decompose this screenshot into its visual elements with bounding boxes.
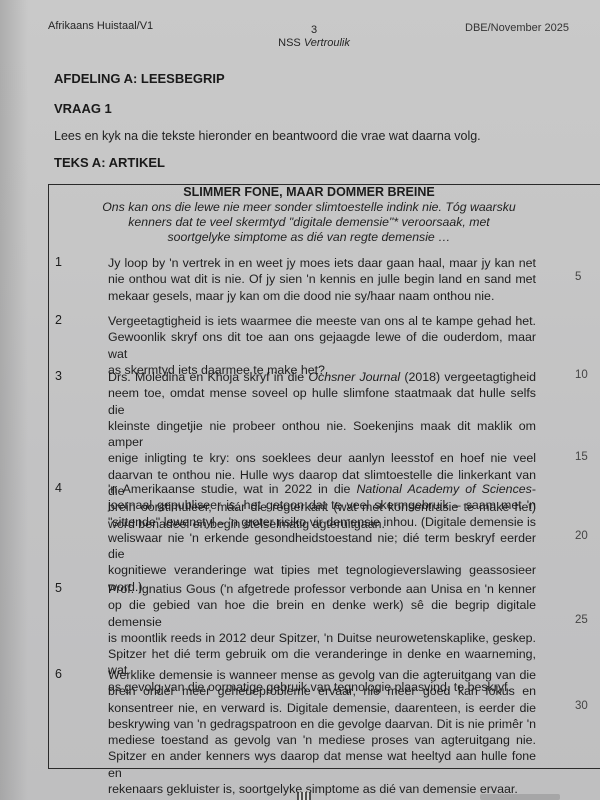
- paragraph-number: 4: [55, 481, 62, 495]
- paragraph-line: nie onthou wat dit is nie. Of jy sien 'n…: [108, 271, 536, 287]
- paragraph-text: 'n Amerikaanse studie, wat in 2022 in di…: [108, 481, 536, 595]
- qr-code: [297, 792, 311, 800]
- paragraph-line: is moontlik reeds in 2012 deur Spitzer, …: [108, 630, 536, 646]
- intro-line: kenners dat te veel skermtyd "digitale d…: [49, 215, 569, 230]
- classification-label: Vertroulik: [304, 37, 350, 49]
- paragraph-line: "sittende" lewenstyl – 'n groter risiko …: [108, 514, 536, 530]
- paragraph-line: 'n Amerikaanse studie, wat in 2022 in di…: [108, 481, 536, 497]
- article-intro: Ons kan ons die lewe nie meer sonder sli…: [49, 200, 569, 245]
- paragraph-line: kognitiewe veranderinge wat tipies met t…: [108, 562, 536, 578]
- classification-prefix: NSS: [278, 37, 301, 49]
- paragraph-line: weliswaar nie 'n erkende gesondheidstoes…: [108, 530, 536, 563]
- line-number: 15: [575, 451, 588, 463]
- text-title: TEKS A: ARTIKEL: [54, 155, 165, 170]
- paragraph-line: Drs. Moledina en Khoja skryf in die Ochs…: [108, 369, 536, 385]
- article-box: SLIMMER FONE, MAAR DOMMER BREINE Ons kan…: [48, 184, 600, 769]
- paragraph-text: Werklike demensie is wanneer mense as ge…: [108, 667, 536, 797]
- paragraph-line: kleinste dingetjie nie probeer onthou ni…: [108, 418, 536, 451]
- paragraph-line: beskrywing van 'n gedragspatroon en die …: [108, 716, 536, 732]
- paragraph-line: Prof. Ignatius Gous ('n afgetrede profes…: [108, 581, 536, 597]
- paragraph-line: enige inligting te kry: ons soeklees deu…: [108, 450, 536, 466]
- paragraph-line: op die gebied van hoe die brein en denke…: [108, 597, 536, 630]
- paragraph-line: mediese toestand as gevolg van 'n medies…: [108, 732, 536, 748]
- paragraph-number: 1: [55, 255, 62, 269]
- line-number: 30: [575, 700, 588, 712]
- paragraph-number: 5: [55, 581, 62, 595]
- paragraph-text: Jy loop by 'n vertrek in en weet jy moes…: [108, 255, 536, 304]
- footer-text-partial: [480, 794, 560, 800]
- exam-session: DBE/November 2025: [465, 22, 569, 34]
- page-edge-shadow: [0, 0, 28, 800]
- paragraph-line: Jy loop by 'n vertrek in en weet jy moes…: [108, 255, 536, 271]
- paragraph-line: neem toe, omdat mense soveel op hulle sl…: [108, 385, 536, 418]
- paragraph-number: 2: [55, 313, 62, 327]
- paragraph-line: mekaar gesels, maar jy kan om die dood n…: [108, 288, 536, 304]
- paragraph-line: Vergeetagtigheid is iets waarmee die mee…: [108, 313, 536, 329]
- question-title: VRAAG 1: [54, 101, 112, 116]
- line-number: 20: [575, 530, 588, 542]
- line-number: 5: [575, 271, 581, 283]
- paragraph-line: konsentreer nie, en verward is. Digitale…: [108, 700, 536, 716]
- paragraph-line: joernaal gepubliseer is, het getoon dat …: [108, 497, 536, 513]
- classification: NSS Vertroulik: [0, 37, 600, 50]
- paragraph-number: 3: [55, 369, 62, 383]
- paragraph-line: rekenaars gekluister is, soortgelyke sim…: [108, 781, 536, 797]
- line-number: 25: [575, 614, 588, 626]
- paragraph-line: brein onder meer geheueprobleme ervaar, …: [108, 683, 536, 699]
- paragraph-line: Gewoonlik skryf ons dit toe aan ons geja…: [108, 329, 536, 362]
- instruction-text: Lees en kyk na die tekste hieronder en b…: [54, 129, 481, 143]
- article-heading: SLIMMER FONE, MAAR DOMMER BREINE: [49, 185, 569, 199]
- paragraph-line: Spitzer en ander kenners wys daarop dat …: [108, 748, 536, 781]
- line-number: 10: [575, 369, 588, 381]
- paragraph-number: 6: [55, 667, 62, 681]
- intro-line: soortgelyke simptome as dié van regte de…: [49, 230, 569, 245]
- section-title: AFDELING A: LEESBEGRIP: [54, 71, 225, 86]
- paragraph-line: Werklike demensie is wanneer mense as ge…: [108, 667, 536, 683]
- intro-line: Ons kan ons die lewe nie meer sonder sli…: [49, 200, 569, 215]
